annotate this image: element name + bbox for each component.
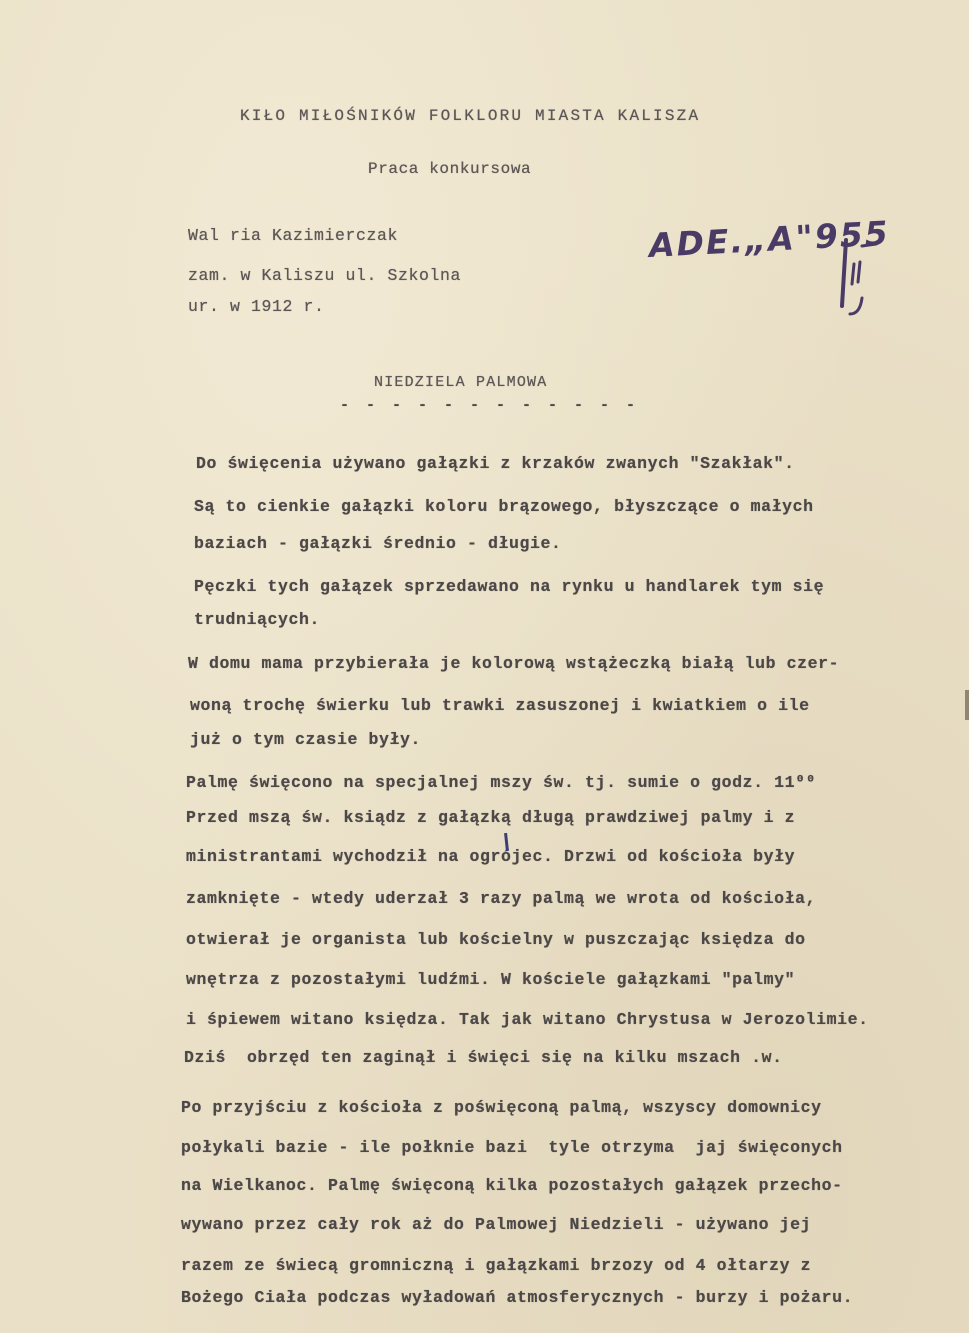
author-address: zam. w Kaliszu ul. Szkolna bbox=[188, 266, 461, 285]
text-line: ministrantami wychodził na ogrójec. Drzw… bbox=[186, 847, 795, 866]
document-subtitle: Praca konkursowa bbox=[368, 160, 531, 178]
text-line: wnętrza z pozostałymi ludźmi. W kościele… bbox=[186, 970, 795, 989]
text-line: Bożego Ciała podczas wyładowań atmosfery… bbox=[181, 1288, 853, 1307]
archive-slash-mark-icon bbox=[838, 236, 878, 321]
text-line: Przed mszą św. ksiądz z gałązką długą pr… bbox=[186, 808, 795, 827]
text-line: Palmę święcono na specjalnej mszy św. tj… bbox=[186, 772, 816, 792]
text-line: woną trochę świerku lub trawki zasuszone… bbox=[190, 696, 810, 715]
organization-heading: KIŁO MIŁOŚNIKÓW FOLKLORU MIASTA KALISZA bbox=[240, 107, 700, 125]
text-line: na Wielkanoc. Palmę święconą kilka pozos… bbox=[181, 1176, 843, 1195]
text-line: Pęczki tych gałązek sprzedawano na rynku… bbox=[194, 577, 824, 596]
page-edge-shadow bbox=[965, 690, 969, 720]
document-title: NIEDZIELA PALMOWA bbox=[374, 374, 547, 391]
text-line: baziach - gałązki średnio - długie. bbox=[194, 534, 562, 553]
author-name: Wal ria Kazimierczak bbox=[188, 226, 398, 245]
author-birth-year: ur. w 1912 r. bbox=[188, 297, 325, 316]
text-line: zamknięte - wtedy uderzał 3 razy palmą w… bbox=[186, 889, 816, 908]
text-line: Dziś obrzęd ten zaginął i święci się na … bbox=[184, 1048, 783, 1067]
text-line: połykali bazie - ile połknie bazi tyle o… bbox=[181, 1138, 843, 1157]
text-line: i śpiewem witano księdza. Tak jak witano… bbox=[186, 1010, 869, 1029]
text-line: trudniących. bbox=[194, 610, 320, 629]
text-line: Po przyjściu z kościoła z poświęconą pal… bbox=[181, 1098, 822, 1117]
text-line: W domu mama przybierała je kolorową wstą… bbox=[188, 654, 839, 673]
text-line: razem ze świecą gromniczną i gałązkami b… bbox=[181, 1256, 811, 1275]
text-line: Są to cienkie gałązki koloru brązowego, … bbox=[194, 497, 814, 516]
title-underline: - - - - - - - - - - - - bbox=[340, 397, 639, 414]
text-line: otwierał je organista lub kościelny w pu… bbox=[186, 930, 806, 949]
text-line: wywano przez cały rok aż do Palmowej Nie… bbox=[181, 1215, 811, 1234]
text-line: już o tym czasie były. bbox=[190, 730, 421, 749]
text-line: Do święcenia używano gałązki z krzaków z… bbox=[196, 454, 795, 473]
